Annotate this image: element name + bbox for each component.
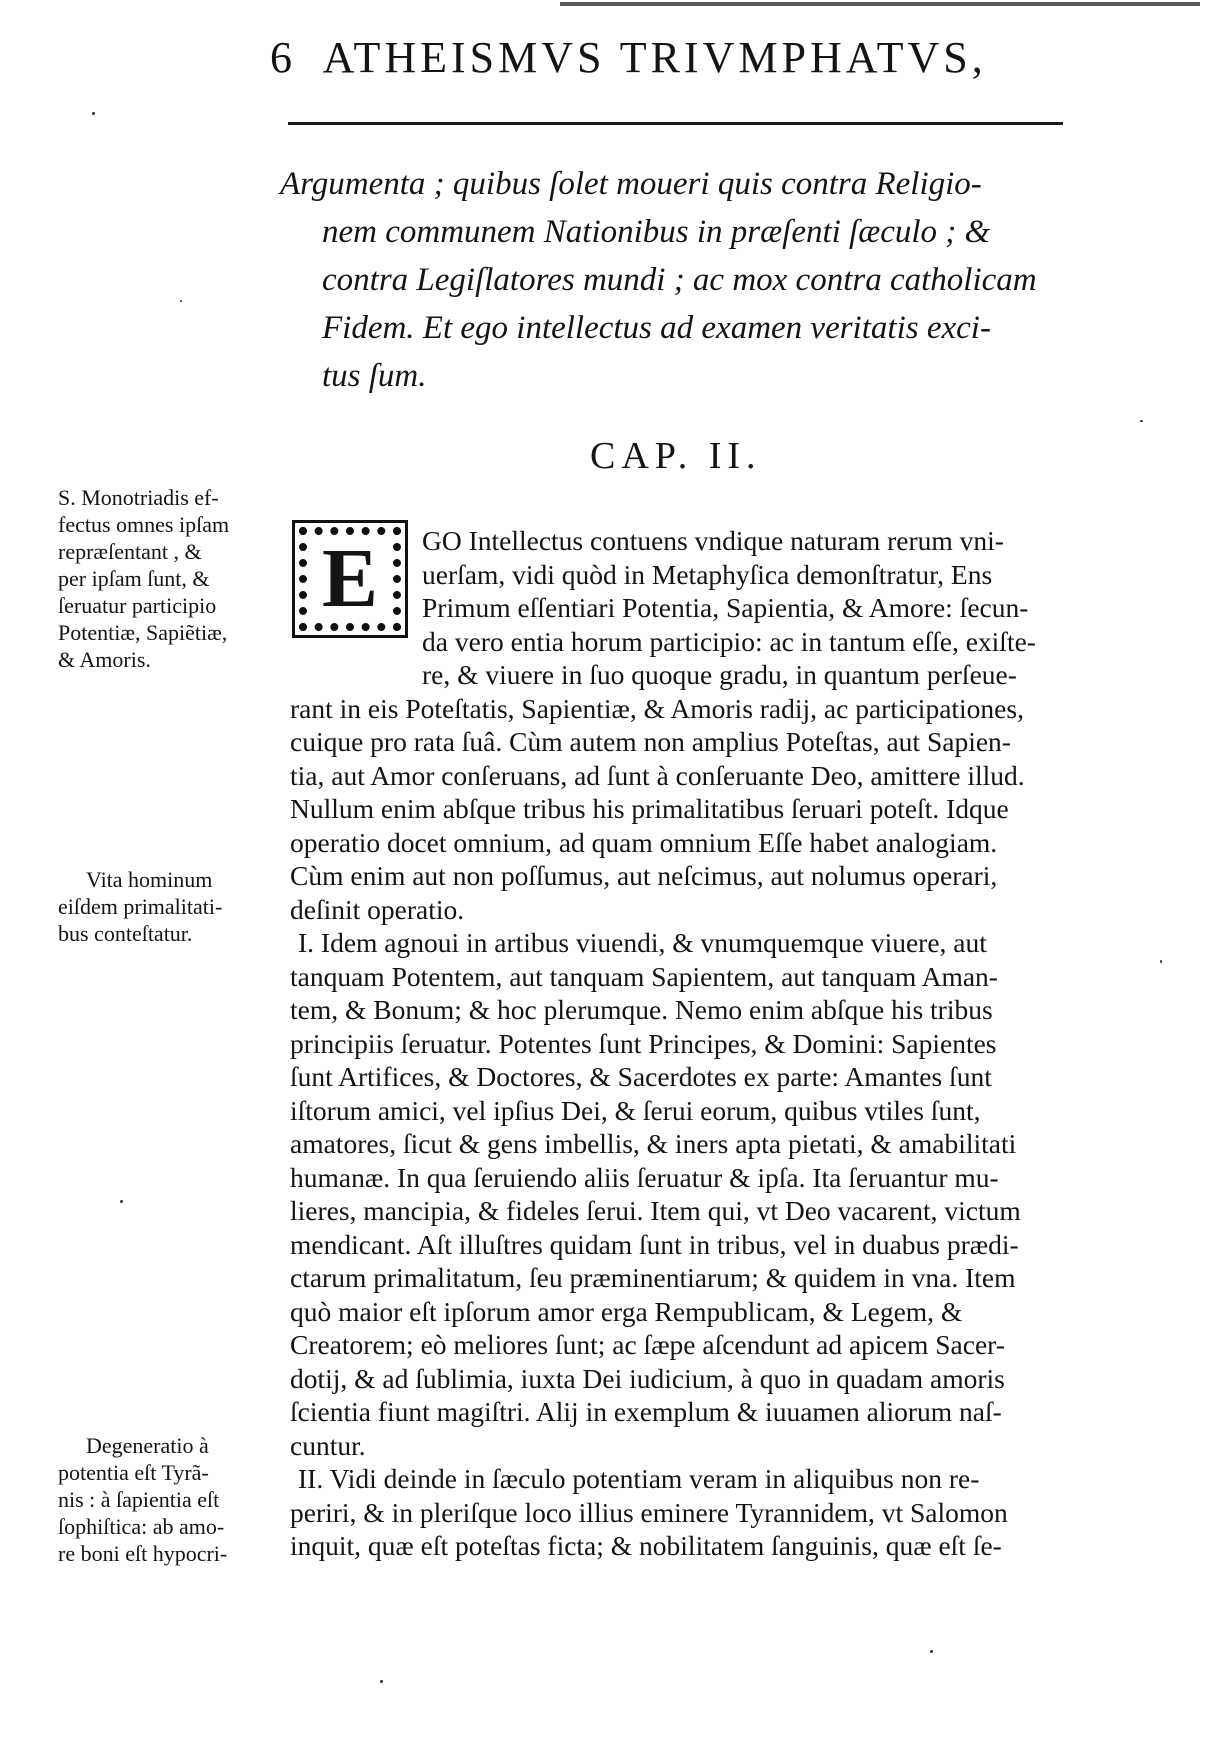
text-line: humanæ. In qua ſeruiendo aliis ſeruatur …	[290, 1161, 1120, 1195]
text-line: Cùm enim aut non poſſumus, aut neſcimus,…	[290, 859, 1120, 893]
margin-line: ſeruatur participio	[58, 592, 283, 619]
scan-speck	[930, 1650, 933, 1653]
top-border-rule	[560, 2, 1200, 6]
argument-line: Fidem. Et ego intellectus ad examen veri…	[280, 304, 1090, 352]
margin-line: fectus omnes ipſam	[58, 511, 283, 538]
argument-line: tus ſum.	[280, 352, 1090, 400]
margin-line: re boni eſt hypocri-	[58, 1540, 283, 1567]
text-line: re, & viuere in ſuo quoque gradu, in qua…	[290, 658, 1120, 692]
text-line: tem, & Bonum; & hoc plerumque. Nemo enim…	[290, 993, 1120, 1027]
text-line: principiis ſeruatur. Potentes ſunt Princ…	[290, 1027, 1120, 1061]
margin-line: Degeneratio à	[58, 1432, 283, 1459]
text-line: quò maior eſt ipſorum amor erga Rempubli…	[290, 1295, 1120, 1329]
marginal-note: Vita hominum eiſdem primalitati- bus con…	[58, 866, 283, 947]
text-line: mendicant. Aſt illuſtres quidam ſunt in …	[290, 1228, 1120, 1262]
margin-line: potentia eſt Tyrã-	[58, 1459, 283, 1486]
header-rule	[288, 122, 1063, 125]
text-line: ſcientia fiunt magiſtri. Alij in exemplu…	[290, 1395, 1120, 1429]
scan-speck	[1160, 960, 1162, 963]
text-line: amatores, ſicut & gens imbellis, & iners…	[290, 1127, 1120, 1161]
margin-line: nis : à ſapientia eſt	[58, 1486, 283, 1513]
text-line: deſinit operatio.	[290, 893, 1120, 927]
text-line: cuique pro rata ſuâ. Cùm autem non ampli…	[290, 725, 1120, 759]
margin-line: eiſdem primalitati-	[58, 893, 283, 920]
text-line: cuntur.	[290, 1429, 1120, 1463]
scan-speck	[380, 1680, 383, 1683]
margin-line: Vita hominum	[58, 866, 283, 893]
text-line: periri, & in pleriſque loco illius emine…	[290, 1496, 1120, 1530]
text-line: dotij, & ad ſublimia, iuxta Dei iudicium…	[290, 1362, 1120, 1396]
margin-line: repræſentant , &	[58, 538, 283, 565]
margin-line: S. Monotriadis ef-	[58, 484, 283, 511]
text-line: tanquam Potentem, aut tanquam Sapientem,…	[290, 960, 1120, 994]
text-line: Creatorem; eò meliores ſunt; ac ſæpe aſc…	[290, 1328, 1120, 1362]
marginal-note: Degeneratio à potentia eſt Tyrã- nis : à…	[58, 1432, 283, 1567]
scan-speck	[120, 1200, 123, 1203]
text-line: Nullum enim abſque tribus his primalitat…	[290, 792, 1120, 826]
text-line: ctarum primalitatum, ſeu præminentiarum;…	[290, 1261, 1120, 1295]
text-line: inquit, quæ eſt poteſtas ficta; & nobili…	[290, 1529, 1120, 1563]
margin-line: & Amoris.	[58, 646, 283, 673]
margin-line: bus conteſtatur.	[58, 920, 283, 947]
scan-speck	[180, 300, 182, 302]
argument-line: nem communem Nationibus in præſenti ſæcu…	[280, 208, 1090, 256]
text-line: Primum eſſentiari Potentia, Sapientia, &…	[290, 591, 1120, 625]
running-head: 6 ATHEISMVS TRIVMPHATVS,	[270, 28, 1070, 88]
text-line: da vero entia horum participio: ac in ta…	[290, 625, 1120, 659]
page-number: 6	[270, 28, 310, 88]
text-line: iſtorum amici, vel ipſius Dei, & ſerui e…	[290, 1094, 1120, 1128]
text-line: operatio docet omnium, ad quam omnium Eſ…	[290, 826, 1120, 860]
text-line: uerſam, vidi quòd in Metaphyſica demonſt…	[290, 558, 1120, 592]
marginal-note: S. Monotriadis ef- fectus omnes ipſam re…	[58, 484, 283, 673]
scan-speck	[1140, 420, 1143, 422]
margin-line: Potentiæ, Sapiẽtiæ,	[58, 619, 283, 646]
chapter-argument: Argumenta ; quibus ſolet moueri quis con…	[280, 160, 1090, 400]
argument-line: Argumenta ; quibus ſolet moueri quis con…	[280, 160, 1090, 208]
argument-line: contra Legiſlatores mundi ; ac mox contr…	[280, 256, 1090, 304]
text-line: ſunt Artifices, & Doctores, & Sacerdotes…	[290, 1060, 1120, 1094]
running-title: ATHEISMVS TRIVMPHATVS,	[323, 33, 987, 82]
text-line: rant in eis Poteſtatis, Sapientiæ, & Amo…	[290, 692, 1120, 726]
paragraph-start-line: I. Idem agnoui in artibus viuendi, & vnu…	[290, 926, 1120, 960]
main-text: GO Intellectus contuens vndique naturam …	[290, 524, 1120, 1563]
text-line: tia, aut Amor conſeruans, ad ſunt à conſ…	[290, 759, 1120, 793]
text-line: lieres, mancipia, & fideles ſerui. Item …	[290, 1194, 1120, 1228]
paragraph-start-line: II. Vidi deinde in ſæculo potentiam vera…	[290, 1462, 1120, 1496]
chapter-heading: CAP. II.	[590, 432, 762, 480]
text-line: GO Intellectus contuens vndique naturam …	[290, 524, 1120, 558]
margin-line: ſophiſtica: ab amo-	[58, 1513, 283, 1540]
scan-speck	[92, 112, 95, 115]
margin-line: per ipſam ſunt, &	[58, 565, 283, 592]
